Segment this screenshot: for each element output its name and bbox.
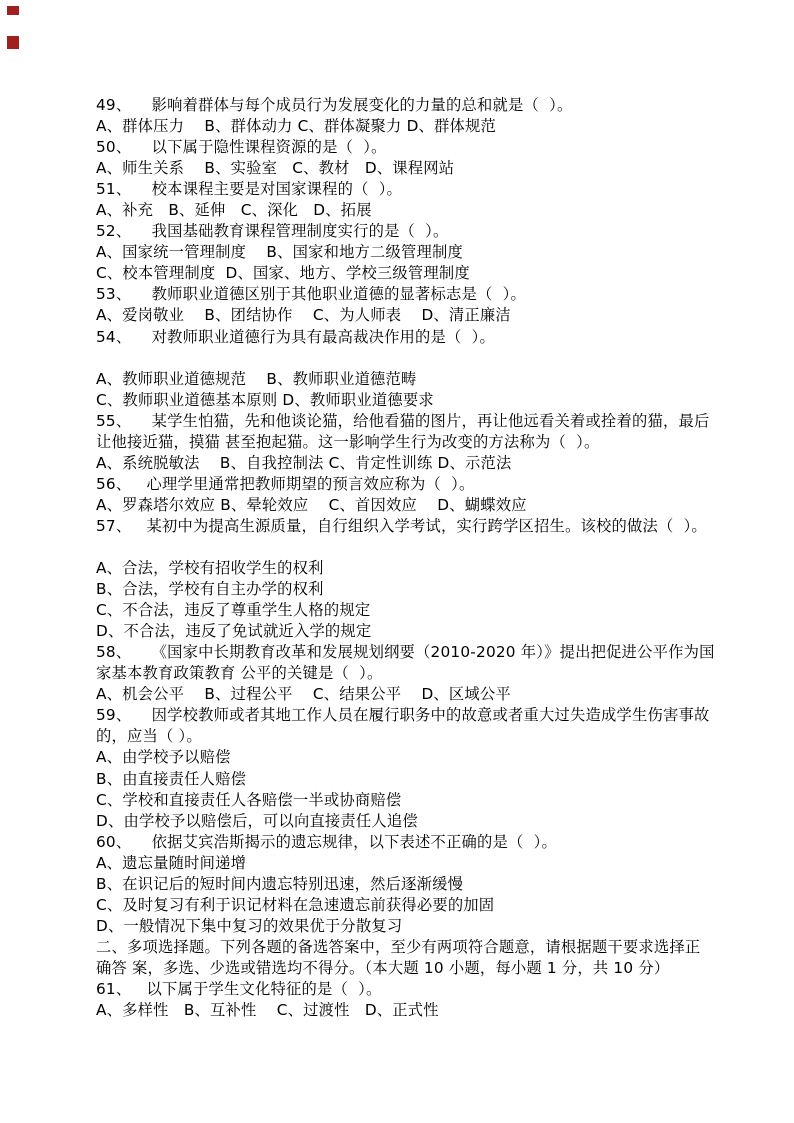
text-line: A、爱岗敬业 B、团结协作 C、为人师表 D、清正廉洁 <box>96 305 746 326</box>
text-line: 的，应当（ ）。 <box>96 726 746 747</box>
text-line: C、校本管理制度 D、国家、地方、学校三级管理制度 <box>96 263 746 284</box>
text-line: 50、 以下属于隐性课程资源的是（ ）。 <box>96 137 746 158</box>
text-line: 55、 某学生怕猫，先和他谈论猫，给他看猫的图片，再让他远看关着或拴着的猫，最后 <box>96 411 746 432</box>
text-line: 56、 心理学里通常把教师期望的预言效应称为（ ）。 <box>96 474 746 495</box>
red-mark-top <box>7 6 19 15</box>
text-line: A、合法，学校有招收学生的权利 <box>96 558 746 579</box>
text-line: B、合法，学校有自主办学的权利 <box>96 579 746 600</box>
text-line: 52、 我国基础教育课程管理制度实行的是（ ）。 <box>96 221 746 242</box>
text-line: 二、多项选择题。下列各题的备选答案中，至少有两项符合题意，请根据题干要求选择正 <box>96 937 746 958</box>
text-line: A、系统脱敏法 B、自我控制法 C、肯定性训练 D、示范法 <box>96 453 746 474</box>
document-page: 49、 影响着群体与每个成员行为发展变化的力量的总和就是（ ）。A、群体压力 B… <box>0 0 794 1123</box>
text-line: B、由直接责任人赔偿 <box>96 769 746 790</box>
text-line: D、由学校予以赔偿后，可以向直接责任人追偿 <box>96 811 746 832</box>
text-line: C、学校和直接责任人各赔偿一半或协商赔偿 <box>96 790 746 811</box>
text-line: A、机会公平 B、过程公平 C、结果公平 D、区域公平 <box>96 684 746 705</box>
text-line: A、多样性 B、互补性 C、过渡性 D、正式性 <box>96 1000 746 1021</box>
text-line: D、一般情况下集中复习的效果优于分散复习 <box>96 916 746 937</box>
text-line: A、群体压力 B、群体动力 C、群体凝聚力 D、群体规范 <box>96 116 746 137</box>
text-line: A、遗忘量随时间递增 <box>96 853 746 874</box>
text-line: 54、 对教师职业道德行为具有最高裁决作用的是（ ）。 <box>96 327 746 348</box>
text-line: C、不合法，违反了尊重学生人格的规定 <box>96 600 746 621</box>
text-line: A、由学校予以赔偿 <box>96 747 746 768</box>
text-line: C、及时复习有利于识记材料在急速遗忘前获得必要的加固 <box>96 895 746 916</box>
text-line: A、教师职业道德规范 B、教师职业道德范畴 <box>96 369 746 390</box>
exam-text-block: 49、 影响着群体与每个成员行为发展变化的力量的总和就是（ ）。A、群体压力 B… <box>96 95 746 1021</box>
text-line: 家基本教育政策教育 公平的关键是（ ）。 <box>96 663 746 684</box>
text-line: 确答 案，多选、少选或错选均不得分。（本大题 10 小题，每小题 1 分，共 1… <box>96 958 746 979</box>
text-line: 49、 影响着群体与每个成员行为发展变化的力量的总和就是（ ）。 <box>96 95 746 116</box>
text-line: 57、 某初中为提高生源质量，自行组织入学考试，实行跨学区招生。该校的做法（ ）… <box>96 516 746 537</box>
text-line: A、补充 B、延伸 C、深化 D、拓展 <box>96 200 746 221</box>
text-line: 59、 因学校教师或者其地工作人员在履行职务中的故意或者重大过失造成学生伤害事故 <box>96 705 746 726</box>
red-mark-bottom <box>7 36 19 49</box>
blank-line <box>96 348 746 369</box>
text-line: A、国家统一管理制度 B、国家和地方二级管理制度 <box>96 242 746 263</box>
text-line: A、罗森塔尔效应 B、晕轮效应 C、首因效应 D、蝴蝶效应 <box>96 495 746 516</box>
text-line: 53、 教师职业道德区别于其他职业道德的显著标志是（ ）。 <box>96 284 746 305</box>
text-line: B、在识记后的短时间内遗忘特别迅速，然后逐渐缓慢 <box>96 874 746 895</box>
text-line: 51、 校本课程主要是对国家课程的（ ）。 <box>96 179 746 200</box>
text-line: D、不合法，违反了免试就近入学的规定 <box>96 621 746 642</box>
text-line: 61、 以下属于学生文化特征的是（ ）。 <box>96 979 746 1000</box>
text-line: C、教师职业道德基本原则 D、教师职业道德要求 <box>96 390 746 411</box>
text-line: 60、 依据艾宾浩斯揭示的遗忘规律，以下表述不正确的是（ ）。 <box>96 832 746 853</box>
blank-line <box>96 537 746 558</box>
text-line: 58、 《国家中长期教育改革和发展规划纲要（2010-2020 年）》提出把促进… <box>96 642 746 663</box>
text-line: A、师生关系 B、实验室 C、教材 D、课程网站 <box>96 158 746 179</box>
text-line: 让他接近猫，摸猫 甚至抱起猫。这一影响学生行为改变的方法称为（ ）。 <box>96 432 746 453</box>
